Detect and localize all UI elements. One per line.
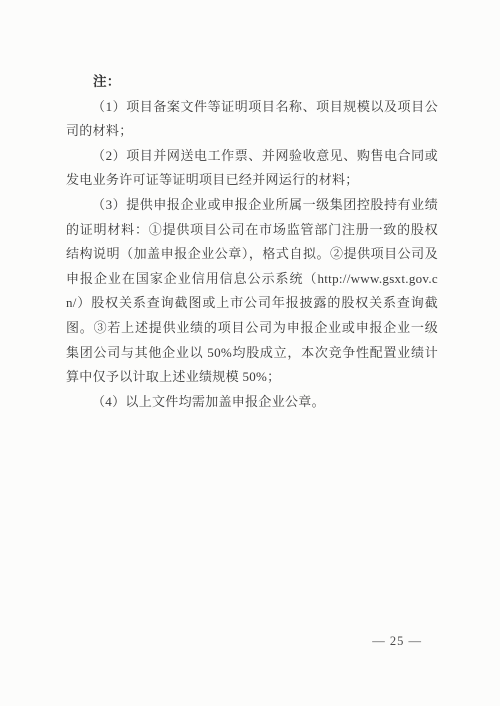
note-item-3: （3）提供申报企业或申报企业所属一级集团控股持有业绩的证明材料：①提供项目公司在… bbox=[66, 193, 438, 390]
page-number: — 25 — bbox=[372, 634, 422, 649]
note-item-4: （4）以上文件均需加盖申报企业公章。 bbox=[66, 390, 438, 415]
document-page: 注： （1）项目备案文件等证明项目名称、项目规模以及项目公司的材料； （2）项目… bbox=[0, 0, 500, 706]
note-item-1: （1）项目备案文件等证明项目名称、项目规模以及项目公司的材料； bbox=[66, 95, 438, 144]
notes-section: 注： （1）项目备案文件等证明项目名称、项目规模以及项目公司的材料； （2）项目… bbox=[66, 70, 438, 414]
note-heading: 注： bbox=[66, 70, 438, 95]
note-item-2: （2）项目并网送电工作票、并网验收意见、购售电合同或发电业务许可证等证明项目已经… bbox=[66, 144, 438, 193]
